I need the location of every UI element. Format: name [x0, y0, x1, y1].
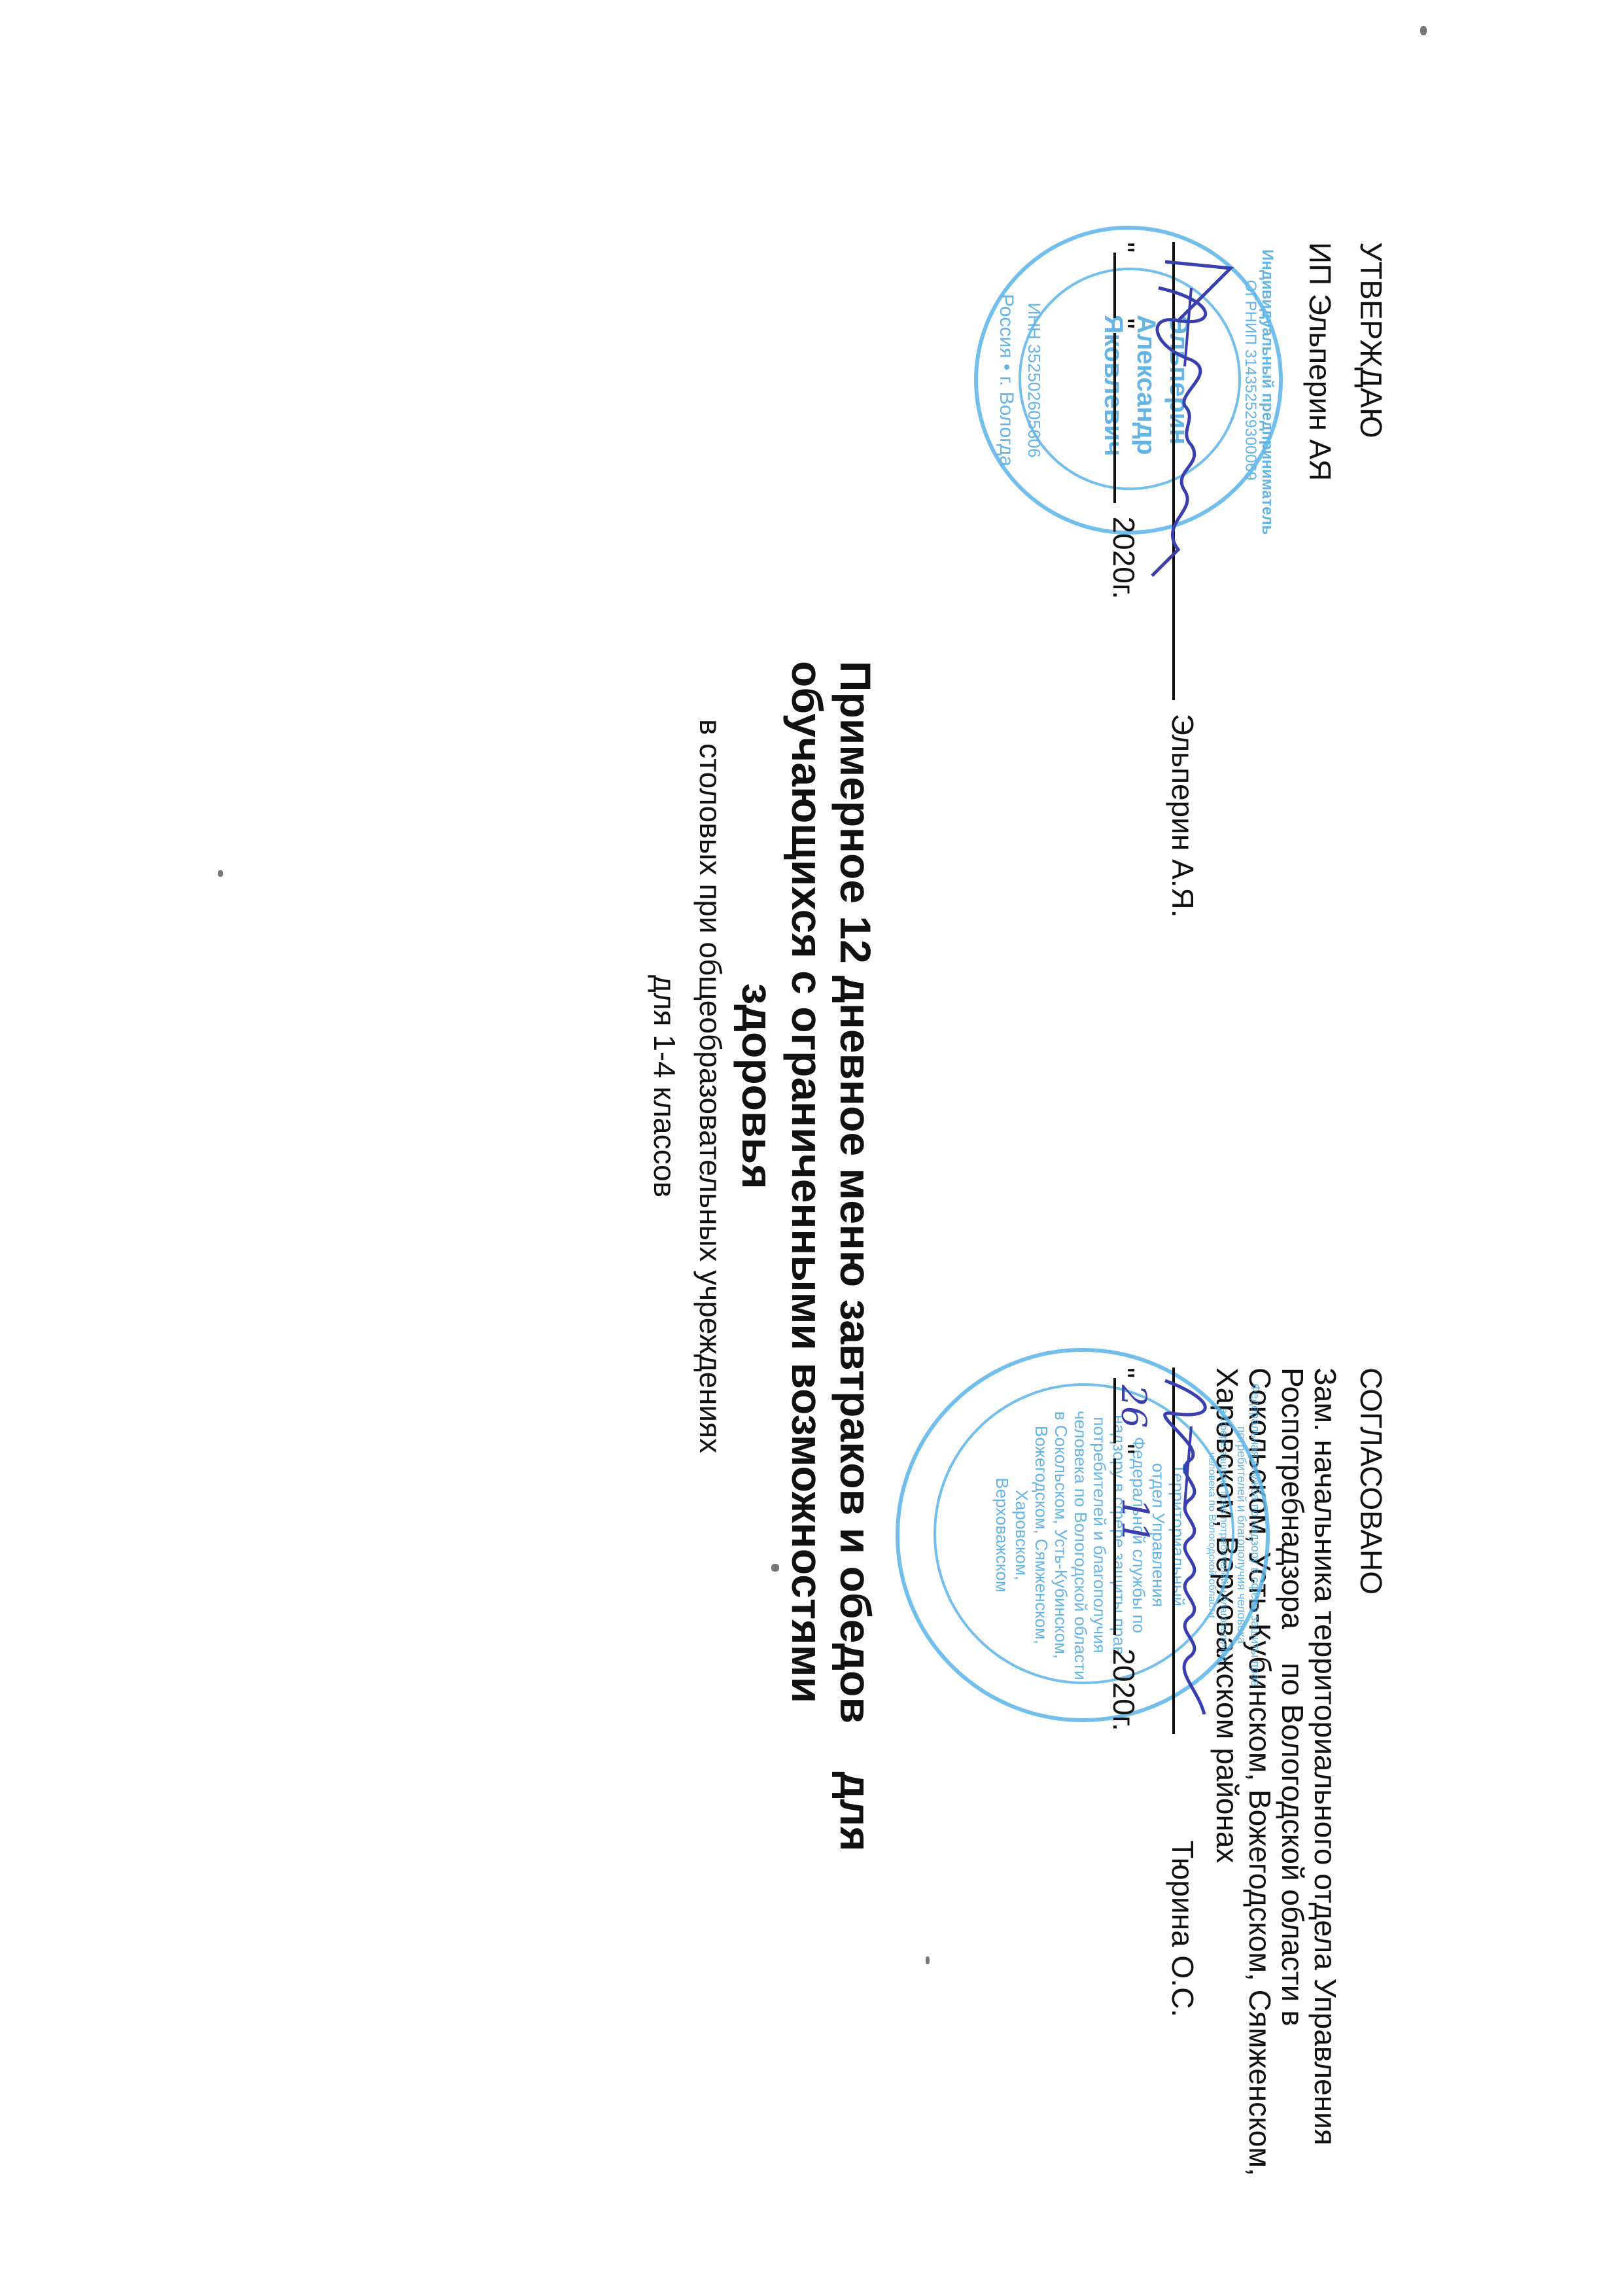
document-title-line-1: Примерное 12 дневное меню завтраков и об… — [834, 661, 877, 1511]
scan-speck — [926, 1956, 930, 1964]
approved-org: ИП Эльперин АЯ — [1305, 242, 1335, 481]
agreed-month-line: 11 — [1113, 1458, 1116, 1635]
approved-signature-icon — [1113, 249, 1257, 589]
ip-stamp-location: Россия • г. Вологда — [995, 269, 1018, 491]
agreed-day-line: 26 — [1113, 1378, 1116, 1443]
ip-stamp-inn: ИНН 352502605606 — [1024, 275, 1043, 485]
document-title-line-2: обучающихся с ограниченными возможностям… — [786, 661, 829, 1511]
ip-stamp-outer-text: Индивидуальный предприниматель — [1258, 249, 1276, 511]
approved-heading: УТВЕРЖДАЮ — [1356, 242, 1386, 438]
rpn-stamp-center-line: Вожегодском, Сямженском, — [1031, 1411, 1051, 1659]
scan-speck — [771, 1564, 779, 1572]
agreed-heading: СОГЛАСОВАНО — [1356, 1368, 1386, 1595]
rpn-stamp-outer-text: Федеральная служба по надзору в сфере за… — [1235, 1365, 1262, 1705]
agreed-line-2: Роспотребнадзора по Вологодской области … — [1278, 1368, 1308, 2026]
approved-signatory: Эльперин А.Я. — [1166, 714, 1200, 918]
scan-speck — [218, 870, 223, 877]
agreed-signatory: Тюрина О.С. — [1166, 1841, 1200, 2017]
document-page: УТВЕРЖДАЮ ИП Эльперин АЯ ОГРНИП 31435252… — [0, 0, 1623, 2296]
document-subtitle-line-2: для 1-4 классов — [650, 661, 680, 1511]
rpn-stamp-center-line: Верховажском — [992, 1411, 1011, 1659]
rpn-stamp-center-line: потребителей и благополучия — [1090, 1411, 1109, 1659]
rpn-stamp-center-line: человека по Вологодской области — [1070, 1411, 1090, 1659]
rpn-stamp-center-line: в Сокольском, Усть-Кубинском, — [1051, 1411, 1070, 1659]
agreed-line-1: Зам. начальника территориального отдела … — [1310, 1368, 1340, 2146]
rpn-stamp-center-line: Харовском, — [1011, 1411, 1031, 1659]
document-title-line-3: здоровья — [736, 661, 779, 1511]
scan-speck — [1420, 26, 1427, 35]
document-subtitle-line-1: в столовых при общеобразовательных учреж… — [695, 661, 725, 1511]
agreed-signature-icon — [1132, 1374, 1230, 1740]
